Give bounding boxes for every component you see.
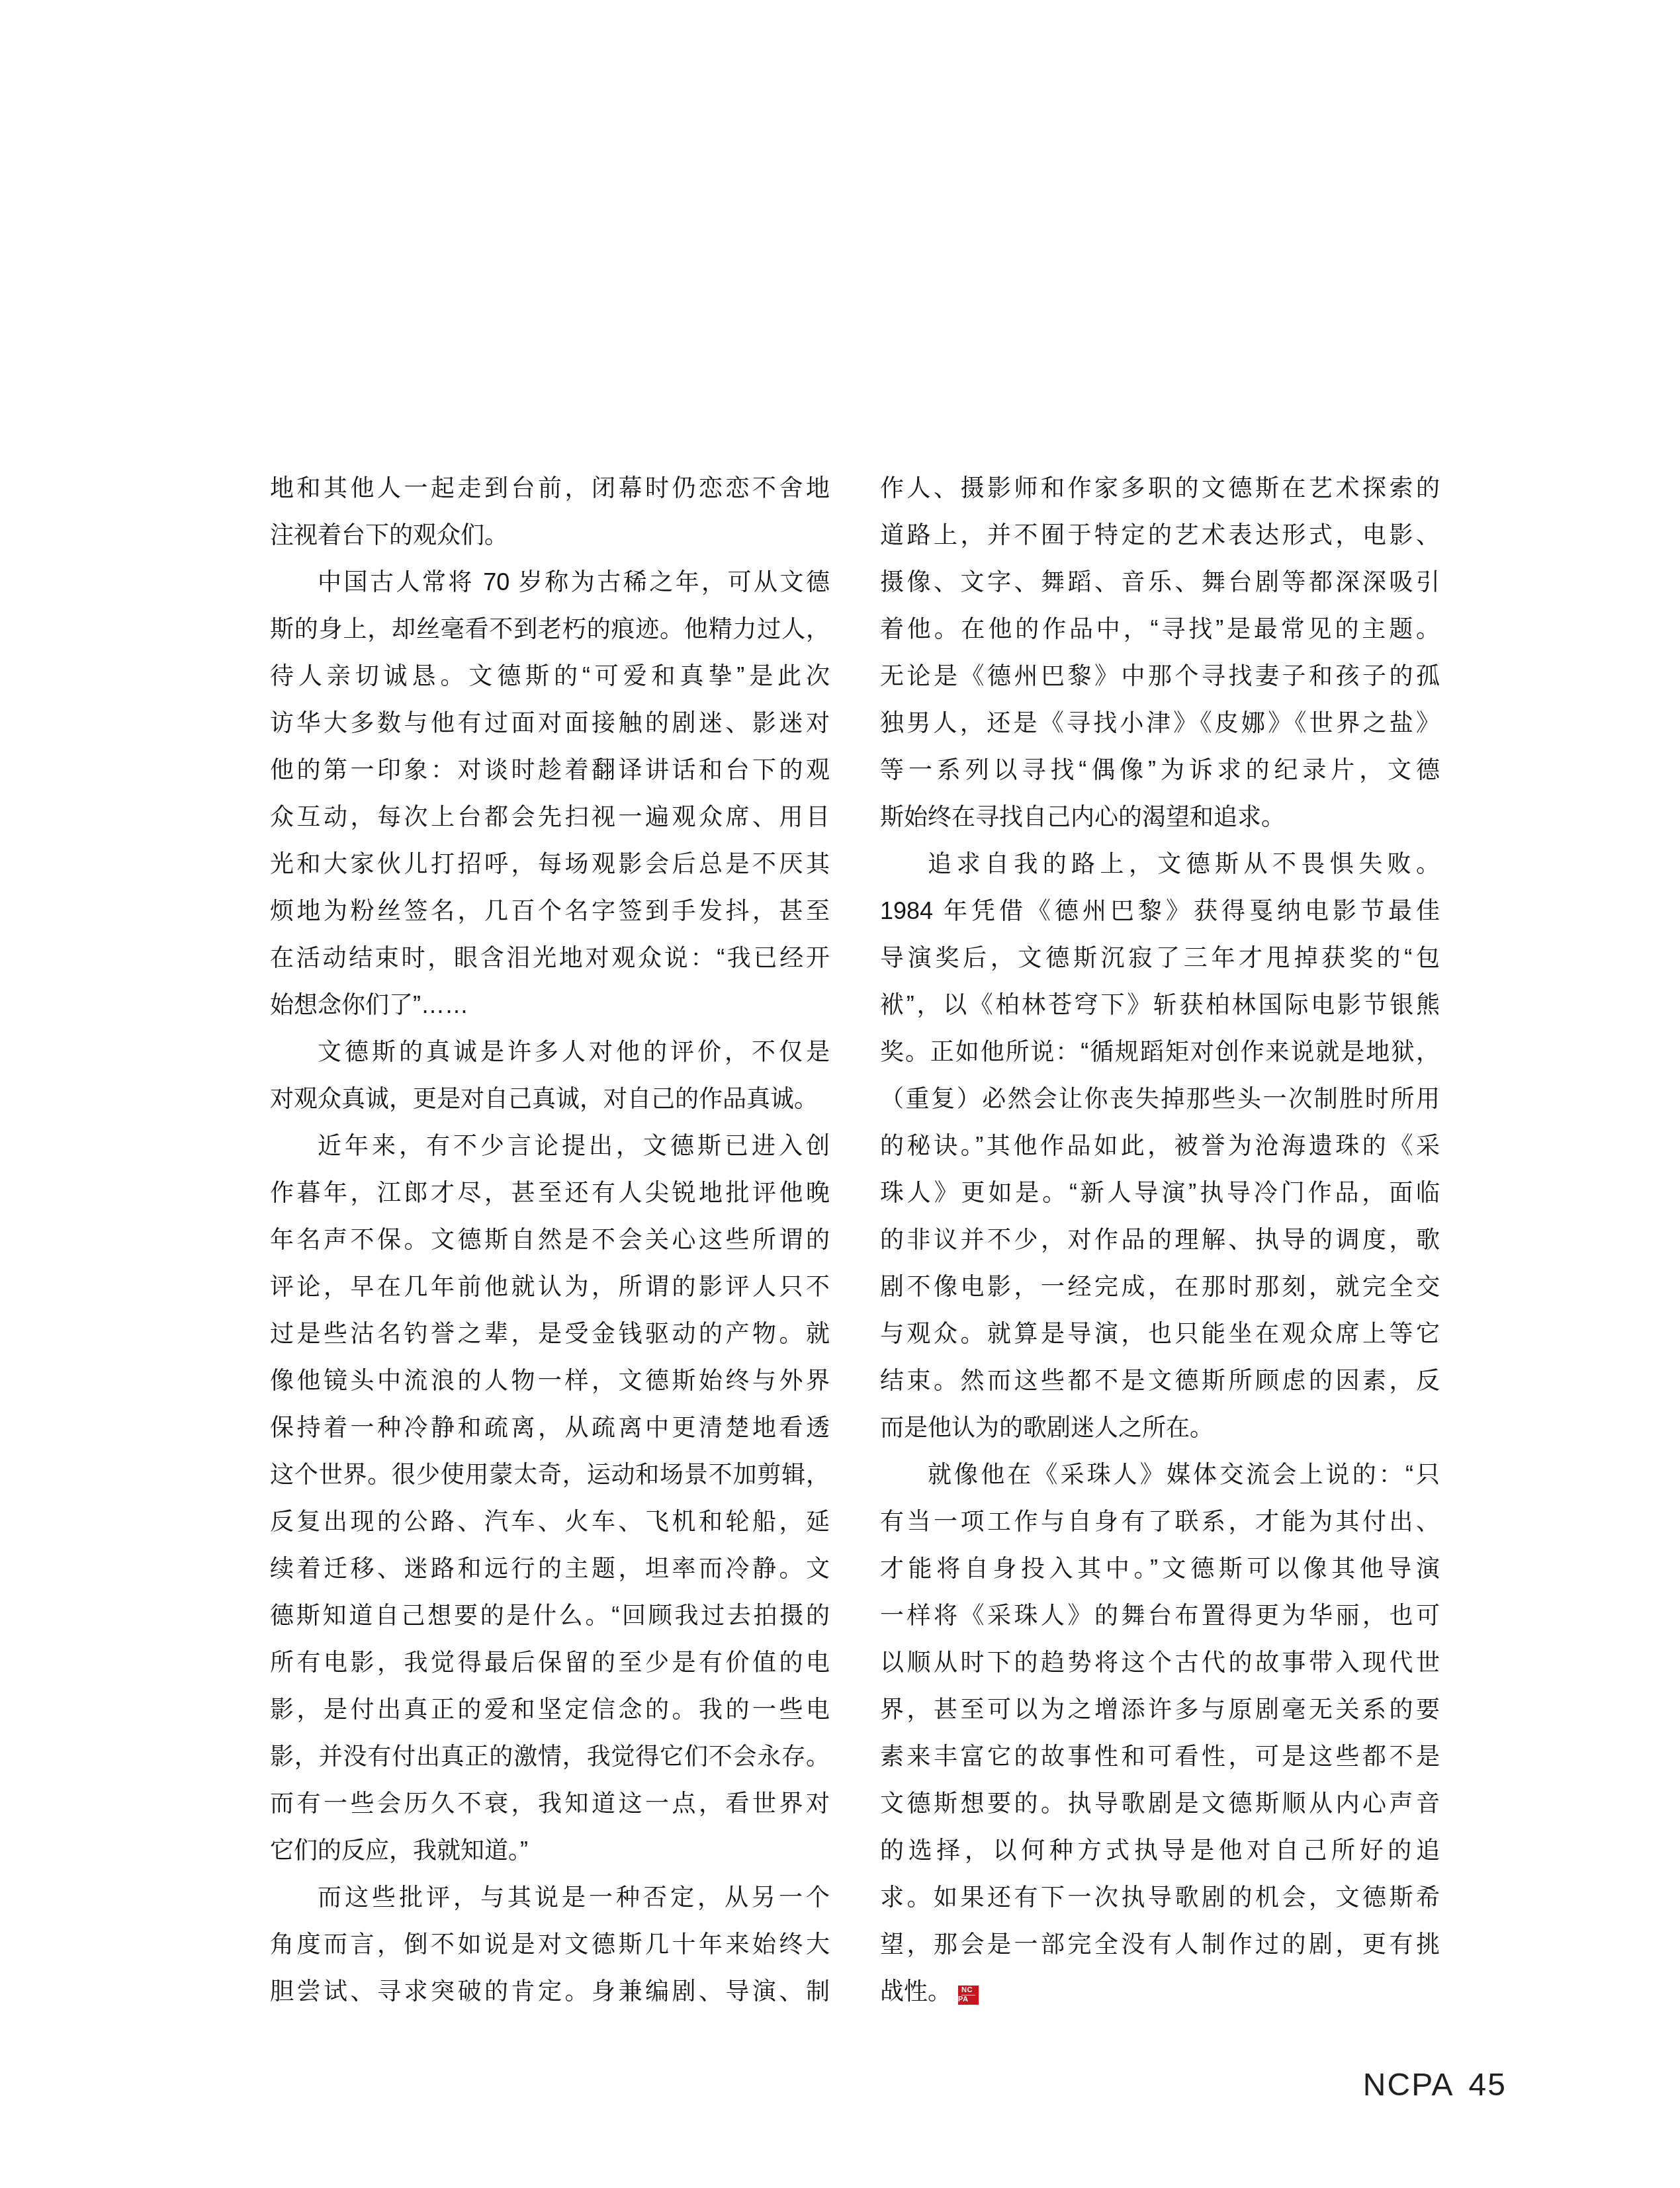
text-line: 斯始终在寻找自己内心的渴望和追求。 (880, 793, 1440, 840)
text-line: 像他镜头中流浪的人物一样，文德斯始终与外界 (270, 1357, 830, 1404)
text-line: 保持着一种冷静和疏离，从疏离中更清楚地看透 (270, 1404, 830, 1451)
text-line: 珠人》更如是。“新人导演”执导冷门作品，面临 (880, 1169, 1440, 1216)
text-line: 近年来，有不少言论提出，文德斯已进入创 (270, 1122, 830, 1169)
magazine-page: 地和其他人一起走到台前，闭幕时仍恋恋不舍地注视着台下的观众们。中国古人常将 70… (0, 0, 1680, 2188)
text-line: 对观众真诚，更是对自己真诚，对自己的作品真诚。 (270, 1075, 830, 1122)
text-line: 望，那会是一部完全没有人制作过的剧，更有挑 (880, 1921, 1440, 1968)
text-line: 等一系列以寻找“偶像”为诉求的纪录片，文德 (880, 746, 1440, 793)
text-line: 作暮年，江郎才尽，甚至还有人尖锐地批评他晚 (270, 1169, 830, 1216)
text-line: 有当一项工作与自身有了联系，才能为其付出、 (880, 1498, 1440, 1545)
text-line: 以顺从时下的趋势将这个古代的故事带入现代世 (880, 1639, 1440, 1686)
text-line: 剧不像电影，一经完成，在那时那刻，就完全交 (880, 1263, 1440, 1310)
text-line: 文德斯的真诚是许多人对他的评价，不仅是 (270, 1028, 830, 1075)
ncpa-seal-icon: NCPA (958, 1986, 979, 2005)
text-line: 他的第一印象：对谈时趁着翻译讲话和台下的观 (270, 746, 830, 793)
text-line: 中国古人常将 70 岁称为古稀之年，可从文德 (270, 558, 830, 605)
text-line: 始想念你们了”…… (270, 981, 830, 1028)
text-line: 光和大家伙儿打招呼，每场观影会后总是不厌其 (270, 840, 830, 887)
article-column-right: 作人、摄影师和作家多职的文德斯在艺术探索的道路上，并不囿于特定的艺术表达形式，电… (880, 464, 1440, 2015)
text-line: 1984 年凭借《德州巴黎》获得戛纳电影节最佳 (880, 887, 1440, 934)
text-line: 无论是《德州巴黎》中那个寻找妻子和孩子的孤 (880, 652, 1440, 699)
text-line: 斯的身上，却丝毫看不到老朽的痕迹。他精力过人， (270, 605, 830, 652)
text-line: 访华大多数与他有过面对面接触的剧迷、影迷对 (270, 699, 830, 746)
text-line: 一样将《采珠人》的舞台布置得更为华丽，也可 (880, 1592, 1440, 1639)
page-footer: NCPA45 (1363, 2070, 1507, 2101)
text-line: 烦地为粉丝签名，几百个名字签到手发抖，甚至 (270, 887, 830, 934)
text-line: 奖。正如他所说：“循规蹈矩对创作来说就是地狱， (880, 1028, 1440, 1075)
text-line: 过是些沽名钓誉之辈，是受金钱驱动的产物。就 (270, 1310, 830, 1357)
footer-brand: NCPA (1363, 2068, 1454, 2103)
text-line: 的选择，以何种方式执导是他对自己所好的追 (880, 1827, 1440, 1874)
article-column-left: 地和其他人一起走到台前，闭幕时仍恋恋不舍地注视着台下的观众们。中国古人常将 70… (270, 464, 830, 2015)
text-line: 结束。然而这些都不是文德斯所顾虑的因素，反 (880, 1357, 1440, 1404)
text-line: 而是他认为的歌剧迷人之所在。 (880, 1404, 1440, 1451)
text-line: 待人亲切诚恳。文德斯的“可爱和真挚”是此次 (270, 652, 830, 699)
text-line: 地和其他人一起走到台前，闭幕时仍恋恋不舍地 (270, 464, 830, 511)
text-line: 众互动，每次上台都会先扫视一遍观众席、用目 (270, 793, 830, 840)
text-line: 而有一些会历久不衰，我知道这一点，看世界对 (270, 1780, 830, 1827)
text-line: 评论，早在几年前他就认为，所谓的影评人只不 (270, 1263, 830, 1310)
text-line: 胆尝试、寻求突破的肯定。身兼编剧、导演、制 (270, 1968, 830, 2015)
text-line: 反复出现的公路、汽车、火车、飞机和轮船，延 (270, 1498, 830, 1545)
text-line: 就像他在《采珠人》媒体交流会上说的：“只 (880, 1451, 1440, 1498)
text-line: 角度而言，倒不如说是对文德斯几十年来始终大 (270, 1921, 830, 1968)
text-line: 战性。NCPA (880, 1968, 1440, 2015)
text-line: （重复）必然会让你丧失掉那些头一次制胜时所用 (880, 1075, 1440, 1122)
text-line: 导演奖后，文德斯沉寂了三年才甩掉获奖的“包 (880, 934, 1440, 981)
text-line: 年名声不保。文德斯自然是不会关心这些所谓的 (270, 1216, 830, 1263)
text-line: 而这些批评，与其说是一种否定，从另一个 (270, 1874, 830, 1921)
text-line: 界，甚至可以为之增添许多与原剧毫无关系的要 (880, 1686, 1440, 1733)
text-line: 才能将自身投入其中。”文德斯可以像其他导演 (880, 1545, 1440, 1592)
text-line: 注视着台下的观众们。 (270, 511, 830, 558)
text-line: 着他。在他的作品中，“寻找”是最常见的主题。 (880, 605, 1440, 652)
text-line: 在活动结束时，眼含泪光地对观众说：“我已经开 (270, 934, 830, 981)
text-line: 与观众。就算是导演，也只能坐在观众席上等它 (880, 1310, 1440, 1357)
footer-page-number: 45 (1469, 2068, 1507, 2103)
text-line: 独男人，还是《寻找小津》《皮娜》《世界之盐》 (880, 699, 1440, 746)
text-line: 素来丰富它的故事性和可看性，可是这些都不是 (880, 1733, 1440, 1780)
text-line: 影，并没有付出真正的激情，我觉得它们不会永存。 (270, 1733, 830, 1780)
text-line: 影，是付出真正的爱和坚定信念的。我的一些电 (270, 1686, 830, 1733)
text-line: 袱”，以《柏林苍穹下》斩获柏林国际电影节银熊 (880, 981, 1440, 1028)
text-line: 的非议并不少，对作品的理解、执导的调度，歌 (880, 1216, 1440, 1263)
text-line: 作人、摄影师和作家多职的文德斯在艺术探索的 (880, 464, 1440, 511)
text-line: 追求自我的路上，文德斯从不畏惧失败。 (880, 840, 1440, 887)
text-line: 这个世界。很少使用蒙太奇，运动和场景不加剪辑， (270, 1451, 830, 1498)
text-line: 道路上，并不囿于特定的艺术表达形式，电影、 (880, 511, 1440, 558)
text-line: 文德斯想要的。执导歌剧是文德斯顺从内心声音 (880, 1780, 1440, 1827)
text-line: 所有电影，我觉得最后保留的至少是有价值的电 (270, 1639, 830, 1686)
text-line: 求。如果还有下一次执导歌剧的机会，文德斯希 (880, 1874, 1440, 1921)
text-line: 的秘诀。”其他作品如此，被誉为沧海遗珠的《采 (880, 1122, 1440, 1169)
text-line: 德斯知道自己想要的是什么。“回顾我过去拍摄的 (270, 1592, 830, 1639)
text-line: 续着迁移、迷路和远行的主题，坦率而冷静。文 (270, 1545, 830, 1592)
text-line: 它们的反应，我就知道。” (270, 1827, 830, 1874)
text-line: 摄像、文字、舞蹈、音乐、舞台剧等都深深吸引 (880, 558, 1440, 605)
